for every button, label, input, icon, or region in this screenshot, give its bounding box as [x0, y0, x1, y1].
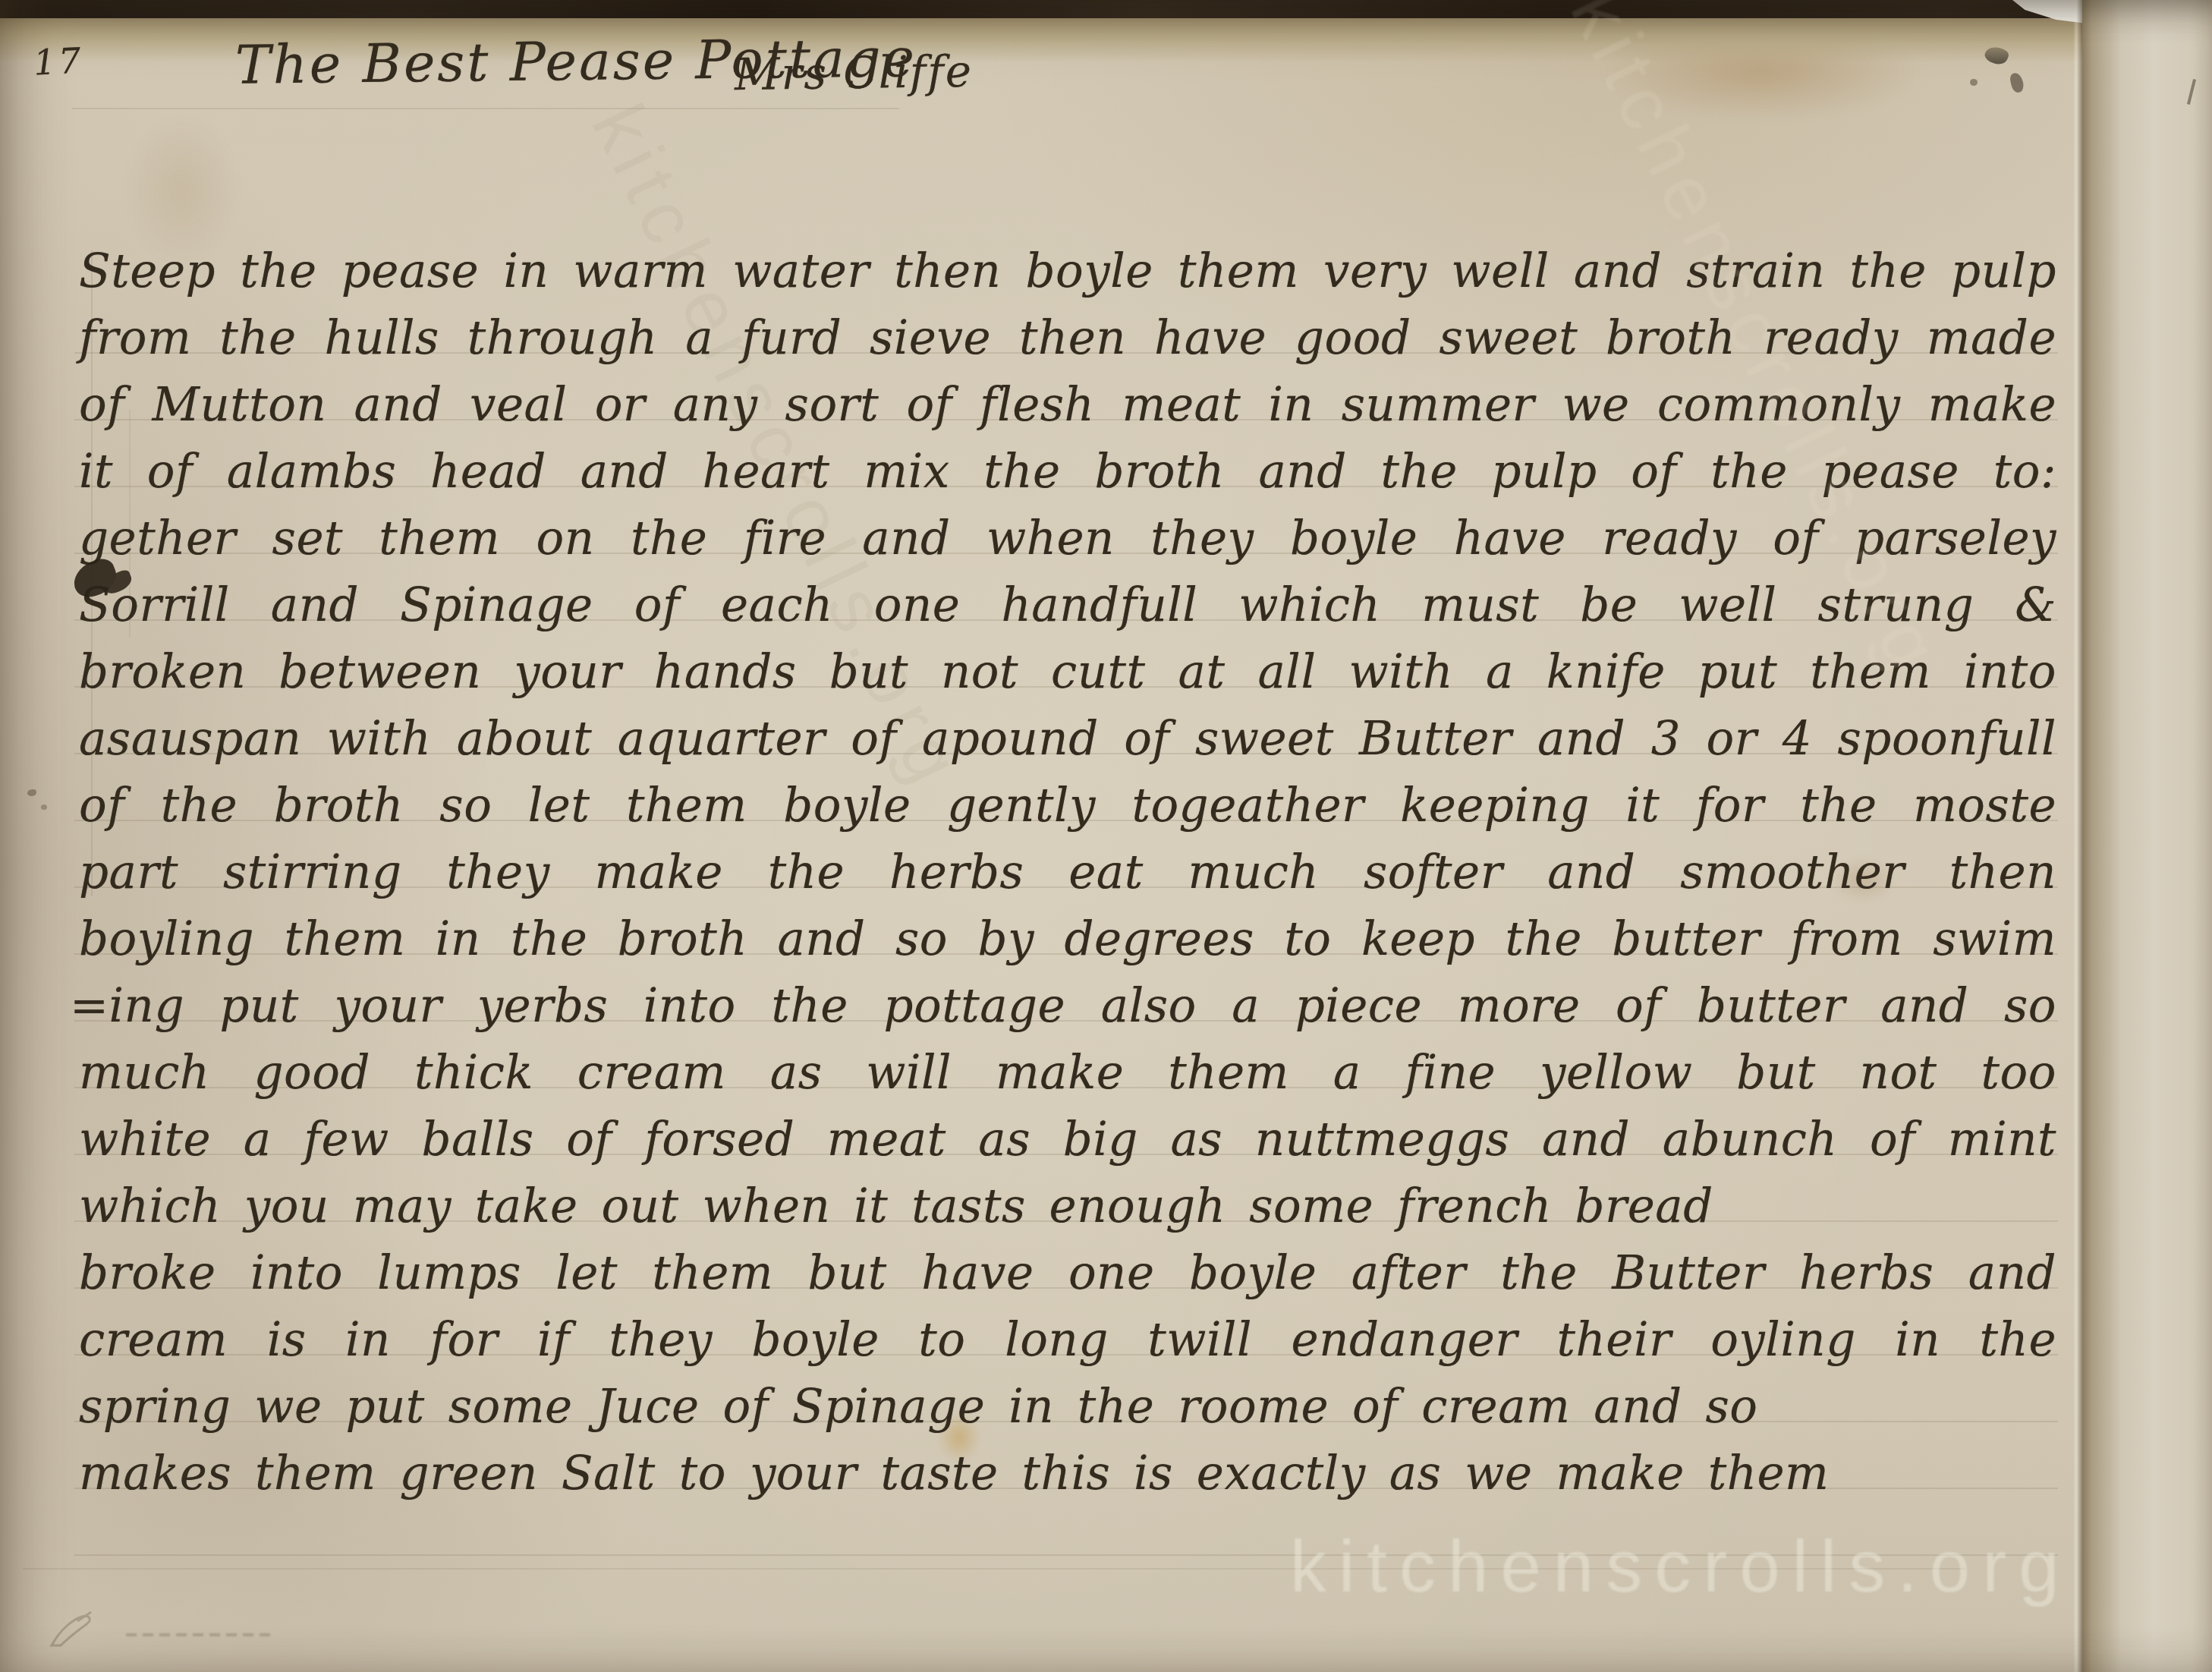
body-line: of Mutton and veal or any sort of flesh …: [79, 372, 2056, 439]
ink-speck: [41, 805, 47, 810]
body-line: makes them green Salt to your taste this…: [79, 1441, 2056, 1507]
folio-number: 17: [33, 39, 85, 83]
body-line: broke into lumps let them but have one b…: [79, 1240, 2056, 1307]
body-line: boyling them in the broth and so by degr…: [79, 906, 2056, 973]
body-line: of the broth so let them boyle gently to…: [79, 773, 2056, 839]
body-line: white a few balls of forsed meat as big …: [79, 1107, 2056, 1173]
body-line: spring we put some Juce of Spinage in th…: [79, 1374, 2056, 1441]
recipe-body: Steep the pease in warm water then boyle…: [79, 238, 2056, 1507]
title-guideline: [72, 108, 899, 109]
body-line: which you may take out when it tasts eno…: [79, 1173, 2056, 1240]
pencil-inscription: [126, 1633, 270, 1636]
body-line: Steep the pease in warm water then boyle…: [79, 238, 2056, 305]
body-line: from the hulls through a furd sieve then…: [79, 305, 2056, 372]
adjacent-page-edge: [2082, 0, 2212, 1672]
site-watermark: kitchenscrolls.org: [1290, 1526, 2072, 1609]
body-line: it of alambs head and heart mix the brot…: [79, 439, 2056, 505]
ink-speck: [1970, 79, 1978, 86]
bottom-guideline: [23, 1568, 1965, 1570]
recipe-attribution: Mrs Cliffe: [735, 46, 974, 100]
body-line: much good thick cream as will make them …: [79, 1040, 2056, 1107]
body-line: asauspan with about aquarter of apound o…: [79, 706, 2056, 773]
page-fold-crease: [2073, 0, 2082, 1672]
manuscript-page-scan: 17 The Best Pease Pottage Mrs Cliffe Ste…: [0, 0, 2212, 1672]
body-line: Sorrill and Spinage of each one handfull…: [79, 572, 2056, 639]
book-top-edge: [0, 0, 2212, 20]
body-line: =ing put your yerbs into the pottage als…: [70, 973, 2056, 1040]
ink-speck: [2009, 72, 2025, 94]
pencil-doodle: [47, 1606, 120, 1655]
ink-speck: [27, 789, 36, 796]
body-line: gether set them on the fire and when the…: [79, 505, 2056, 572]
body-line: part stirring they make the herbs eat mu…: [79, 839, 2056, 906]
body-line: cream is in for if they boyle to long tw…: [79, 1307, 2056, 1374]
body-line: broken between your hands but not cutt a…: [79, 639, 2056, 706]
